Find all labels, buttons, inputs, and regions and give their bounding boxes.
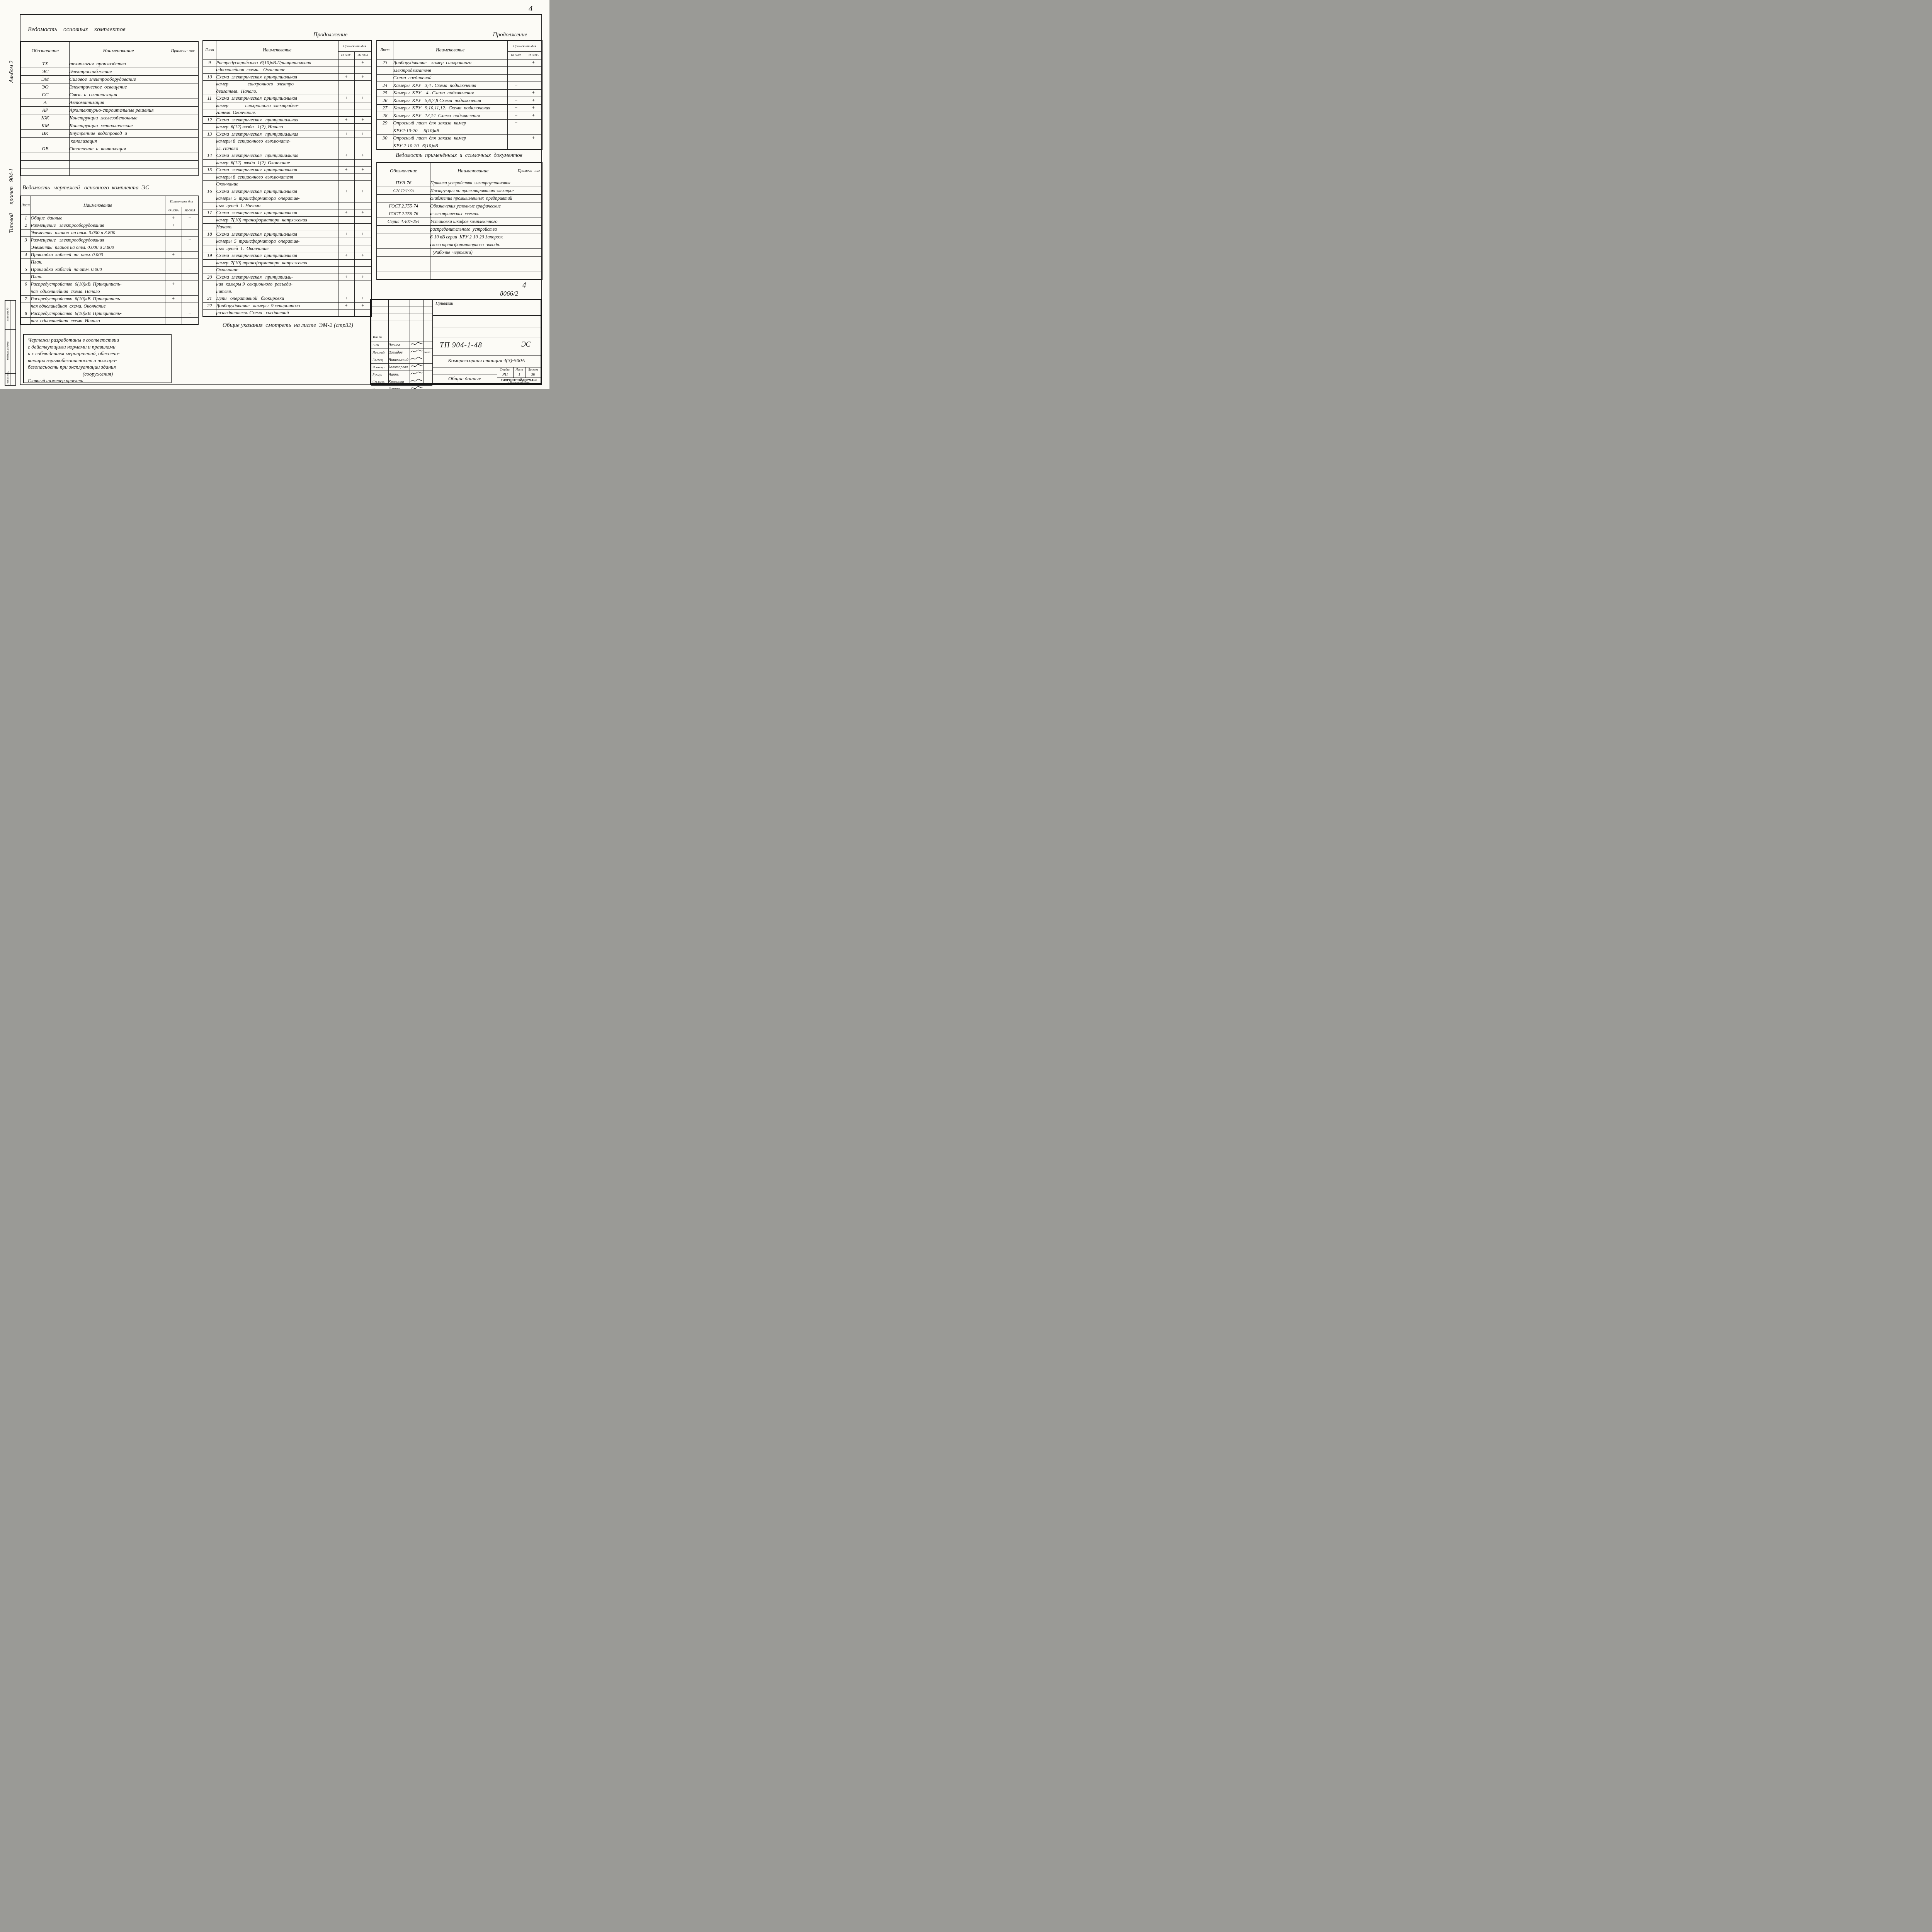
cont1-row: 17 Схема электрическая принципиальная + …	[203, 209, 371, 217]
sheet-number	[203, 66, 216, 74]
doc-note	[516, 210, 542, 218]
doc-name: Инструкция по проектированию электро-	[430, 187, 516, 194]
apply-mark-a: +	[338, 167, 354, 174]
apply-mark-a	[338, 159, 354, 167]
cont1-row: 13 Схема электрическая принципиальная + …	[203, 131, 371, 138]
es-drawings-row: ная однолинейная схема. Начало	[21, 288, 198, 295]
apply-mark-b	[182, 303, 198, 310]
apply-mark-b	[182, 295, 198, 303]
object-name: Компрессорная станция 4(3)-500А	[432, 357, 541, 364]
drawing-name: Схема электрическая принципиальная	[216, 95, 338, 102]
apply-mark-b	[525, 127, 542, 135]
sheet-number	[203, 102, 216, 109]
col-name-header: Наименование	[31, 196, 165, 214]
apply-mark-a	[338, 124, 354, 131]
note-line: и с соблюдением мероприятий, обеспечи-	[28, 350, 168, 357]
doc-note	[516, 218, 542, 225]
apply-mark-a	[338, 245, 354, 252]
apply-mark-b	[354, 124, 371, 131]
apply-mark-b	[354, 109, 371, 117]
es-drawings-row: ная однолинейная схема. Начало	[21, 317, 198, 325]
drawing-name: камер синхронного электродви-	[216, 102, 338, 109]
drawing-name: ных цепей 1. Окончание	[216, 245, 338, 252]
apply-mark-b	[354, 88, 371, 95]
cont1-table: Лист Наименование Применить для 4К-500А …	[202, 40, 372, 317]
ref-docs-row: ГОСТ 2.756-76 в электрических схемах.	[377, 210, 542, 218]
cont2-table: Лист Наименование Применить для 4К-500А …	[376, 40, 543, 150]
col-sheet-header: Лист	[203, 41, 216, 59]
signer-name: Гурина	[388, 387, 410, 389]
doc-name: распределительного устройства	[430, 225, 516, 233]
apply-mark-a: +	[338, 231, 354, 238]
ref-docs-row: снабжения промышленных предприятий	[377, 194, 542, 202]
cont1-row: камер 7(10) трансформатора напряжения	[203, 259, 371, 267]
apply-mark-b	[354, 202, 371, 209]
set-mark	[21, 153, 69, 160]
set-note	[168, 168, 198, 176]
line	[371, 327, 432, 327]
signature-icon	[410, 371, 423, 376]
apply-mark-b: +	[354, 252, 371, 260]
sheet-number	[203, 216, 216, 224]
main-sets-row	[21, 153, 198, 160]
set-name: канализация	[69, 137, 168, 145]
col-name-header: Наименование	[69, 41, 168, 60]
set-name: технология производства	[69, 60, 168, 68]
doc-designation	[377, 225, 430, 233]
sheet-number	[203, 224, 216, 231]
apply-mark-a	[338, 145, 354, 152]
apply-mark-b: +	[182, 310, 198, 317]
sheet-number	[203, 138, 216, 145]
set-name	[69, 153, 168, 160]
doc-designation	[377, 272, 430, 279]
apply-mark-a	[165, 273, 182, 281]
apply-mark-a	[338, 216, 354, 224]
cont1-row: камер 6(12) ввода 1(2), Начало	[203, 124, 371, 131]
note-box: Чертежи разработаны в соответствии с дей…	[23, 334, 172, 383]
main-sets-row: КЖ Конструкции железобетонные	[21, 114, 198, 122]
sheet-number: 29	[377, 119, 393, 127]
apply-mark-b: +	[525, 59, 542, 67]
drawing-name: Камеры КРУ 3,4 . Схема подключения	[393, 82, 507, 90]
line	[371, 306, 432, 306]
ref-docs-row: ГОСТ 2.755-74 Обозначения условные графи…	[377, 202, 542, 210]
drawing-name: Окончание	[216, 181, 338, 188]
apply-mark-b	[354, 195, 371, 202]
sheet-number: 14	[203, 152, 216, 160]
signer-role: Н.контр.	[371, 365, 388, 369]
apply-mark-a	[338, 224, 354, 231]
drawing-name: камер 7(10) трансформатора напряжения	[216, 259, 338, 267]
stage-header: Стадия	[497, 368, 513, 371]
apply-mark-b	[354, 102, 371, 109]
drawing-name: камер 6(12) ввода 1(2), Начало	[216, 124, 338, 131]
sheet-number	[203, 202, 216, 209]
apply-mark-a	[338, 267, 354, 274]
apply-mark-a	[507, 127, 525, 135]
apply-mark-b	[354, 224, 371, 231]
ref-docs-row	[377, 264, 542, 272]
col-apply-header: Применить для	[338, 41, 371, 51]
es-drawings-row: 6 Распредустройство 6(10)кВ. Принципиаль…	[21, 281, 198, 288]
apply-mark-b	[182, 259, 198, 266]
apply-mark-a	[507, 89, 525, 97]
cont2-row: 30 Опросный лист для заказа камер +	[377, 134, 542, 142]
drawing-name: Схема электрическая принципиальная	[216, 73, 338, 81]
col-b-header: 3К-500А	[182, 207, 198, 214]
signer-row: Ст.инж. Кравцова	[371, 378, 432, 385]
sheet-number: 30	[377, 134, 393, 142]
line	[497, 378, 541, 378]
cont1-row: камеры 8 секционного выключателя	[203, 173, 371, 181]
apply-mark-a	[507, 142, 525, 150]
drawing-name: Схема электрическая принципиальная	[216, 131, 338, 138]
cont2-row: Схема соединений	[377, 74, 542, 82]
sheet-number: 1	[21, 214, 31, 222]
cont1-row: Начало.	[203, 224, 371, 231]
set-note	[168, 129, 198, 137]
inv-label: Инв.№	[373, 335, 382, 339]
sheet-number: 12	[203, 116, 216, 124]
doc-designation: ГОСТ 2.756-76	[377, 210, 430, 218]
cont1-row: 9 Распредустройство 6(10)кВ.Принципиальн…	[203, 59, 371, 66]
es-drawings-row: План.	[21, 259, 198, 266]
drawing-name: Схема электрическая принципиальная	[216, 116, 338, 124]
drawing-name: Распредустройство 6(10)кВ. Принципиаль-	[31, 310, 165, 317]
cont1-row: двигателя. Начало.	[203, 88, 371, 95]
sheet-number	[377, 127, 393, 135]
set-mark	[21, 137, 69, 145]
set-mark	[21, 160, 69, 168]
sheet-number: 18	[203, 231, 216, 238]
cont1-row: 12 Схема электрическая принципиальная + …	[203, 116, 371, 124]
sheet-number: 17	[203, 209, 216, 217]
album-label: Альбом 2	[9, 47, 15, 97]
apply-mark-a	[338, 173, 354, 181]
set-mark: ТХ	[21, 60, 69, 68]
cont1-row: ля. Начало	[203, 145, 371, 152]
apply-mark-b: +	[182, 266, 198, 273]
cont2-row: 24 Камеры КРУ 3,4 . Схема подключения +	[377, 82, 542, 90]
doc-designation	[377, 248, 430, 256]
doc-note	[516, 272, 542, 279]
set-mark	[21, 168, 69, 176]
signature-icon	[410, 357, 423, 361]
signer-row: Гл.спец. Нашельский	[371, 356, 432, 363]
apply-mark-b: +	[354, 152, 371, 160]
main-sets-row: канализация	[21, 137, 198, 145]
apply-mark-b: +	[354, 231, 371, 238]
doc-note	[516, 256, 542, 264]
apply-mark-b	[182, 229, 198, 236]
apply-mark-a	[165, 259, 182, 266]
sheet-number: 7	[21, 295, 31, 303]
main-sets-table: Обозначение Наименование Примеча- ние ТХ…	[20, 41, 199, 176]
apply-mark-a: +	[507, 119, 525, 127]
sheet-number	[203, 267, 216, 274]
ref-docs-row: (Рабочие чертежи)	[377, 248, 542, 256]
doc-designation: ПУЭ-76	[377, 179, 430, 187]
signer-row: ГИП Леонов	[371, 342, 432, 349]
signer-name: Леонов	[388, 343, 410, 347]
col-apply-header: Применить для	[165, 196, 198, 207]
apply-mark-a	[338, 202, 354, 209]
col-mark-header: Обозначение	[21, 41, 69, 60]
doc-note	[516, 248, 542, 256]
sheet-number: 5	[21, 266, 31, 273]
drawing-name: План.	[31, 273, 165, 281]
signature	[410, 349, 423, 356]
sheet-number: 9	[203, 59, 216, 66]
main-sets-row: ОВ Отопление и вентиляция	[21, 145, 198, 153]
es-drawings-title: Ведомость чертежей основного комплекта Э…	[22, 185, 149, 191]
apply-mark-b	[354, 159, 371, 167]
drawing-name: ля. Начало	[216, 145, 338, 152]
drawing-name: Элементы планов на отм. 0.000 и 3.800	[31, 244, 165, 251]
apply-mark-a	[338, 195, 354, 202]
apply-mark-a: +	[338, 274, 354, 281]
doc-mark: ЭС	[521, 340, 531, 349]
drawing-name: Схема соединений	[393, 74, 507, 82]
doc-name	[430, 272, 516, 279]
drawing-name: нителя.	[216, 288, 338, 295]
set-note	[168, 153, 198, 160]
cont1-row: Окончание	[203, 181, 371, 188]
apply-mark-a: +	[338, 209, 354, 217]
org-city: г. Ростов-на-Дону	[497, 381, 541, 384]
drawing-name: Схема электрическая принципиальная	[216, 167, 338, 174]
apply-mark-a	[338, 59, 354, 66]
sheet-number: 24	[377, 82, 393, 90]
sheet-number	[203, 288, 216, 295]
doc-note	[516, 187, 542, 194]
signature	[410, 371, 423, 378]
cont1-row: нителя.	[203, 288, 371, 295]
set-note	[168, 114, 198, 122]
drawing-name: План.	[31, 259, 165, 266]
apply-mark-a: +	[507, 112, 525, 120]
set-name	[69, 168, 168, 176]
set-mark: КМ	[21, 122, 69, 129]
drawing-name: камеры 8 секционного выключате-	[216, 138, 338, 145]
doc-designation: ГОСТ 2.755-74	[377, 202, 430, 210]
signer-row: Рук.гр. Чапны	[371, 371, 432, 378]
set-mark: ЭО	[21, 83, 69, 91]
set-note	[168, 137, 198, 145]
set-note	[168, 75, 198, 83]
cont1-row: 16 Схема электрическая принципиальная + …	[203, 188, 371, 195]
apply-mark-b: +	[354, 188, 371, 195]
cont1-row: 11 Схема электрическая принципиальная + …	[203, 95, 371, 102]
sheet-number: 16	[203, 188, 216, 195]
main-sets-row: ВК Внутренние водопровод и	[21, 129, 198, 137]
line	[432, 355, 541, 356]
col-a-header: 4К-500А	[338, 51, 354, 59]
apply-mark-a	[165, 229, 182, 236]
col-b-header: 3К-500А	[525, 51, 542, 59]
ref-docs-row: Серия 4.407-254 Установка шкафов комплек…	[377, 218, 542, 225]
col-a-header: 4К-500А	[507, 51, 525, 59]
es-drawings-row: 2 Размещение электрооборудования +	[21, 222, 198, 229]
es-drawings-row: Элементы планов на отм. 0.000 и 3.800	[21, 229, 198, 236]
apply-mark-b	[525, 82, 542, 90]
chief-engineer-line: Главный инженер проекта	[28, 378, 168, 384]
project-label: Типовой проект 904-1	[9, 128, 15, 274]
sheets-value: 30	[526, 372, 541, 377]
drawing-sheet: Альбом 2 Типовой проект 904-1 Взам.инв.№…	[0, 0, 549, 389]
cont1-row: камеры 5 трансформатора оператив-	[203, 195, 371, 202]
apply-mark-b: +	[354, 209, 371, 217]
set-name: Силовое электрооборудование	[69, 75, 168, 83]
apply-mark-a	[338, 310, 354, 317]
main-sets-row	[21, 160, 198, 168]
cont2-row: КРУ2-10-20 6(10)кВ	[377, 127, 542, 135]
cont2-row: КРУ 2-10-20 6(10)кВ	[377, 142, 542, 150]
drawing-name: Опросный лист для заказа камер	[393, 119, 507, 127]
set-name: Электрическое освещение	[69, 83, 168, 91]
doc-designation	[377, 264, 430, 272]
ref-docs-row	[377, 256, 542, 264]
apply-mark-b	[525, 142, 542, 150]
sheet-number: 11	[203, 95, 216, 102]
sheet-number: 6	[21, 281, 31, 288]
drawing-name: Камеры КРУ 9,10,11,12. Схема подключения	[393, 104, 507, 112]
main-sets-title: Ведомость основных комплектов	[28, 26, 126, 33]
es-drawings-row: ная однолинейная схема. Окончание	[21, 303, 198, 310]
sheet-value: 1	[513, 372, 526, 377]
apply-mark-b	[354, 259, 371, 267]
signature	[410, 378, 423, 385]
apply-mark-a	[165, 317, 182, 325]
apply-mark-b	[354, 66, 371, 74]
es-drawings-row: План.	[21, 273, 198, 281]
cont1-row: камер синхронного электро-	[203, 81, 371, 88]
apply-mark-b	[354, 81, 371, 88]
sheet-number	[377, 142, 393, 150]
ref-docs-row: ПУЭ-76 Правила устройства электроустанов…	[377, 179, 542, 187]
cont1-row: ных цепей 1. Окончание	[203, 245, 371, 252]
apply-mark-a: +	[338, 73, 354, 81]
doc-designation	[377, 256, 430, 264]
set-name: Отопление и вентиляция	[69, 145, 168, 153]
apply-mark-a	[507, 67, 525, 75]
margin-field-podpis: Подпись и дата	[6, 332, 9, 370]
sheet-number: 22	[203, 302, 216, 310]
doc-note	[516, 194, 542, 202]
binding-label: Привязан	[435, 301, 453, 306]
set-note	[168, 60, 198, 68]
drawing-name: Прокладка кабелей на отм. 0.000	[31, 266, 165, 273]
margin-field-inv: Инв.№ подл.	[7, 367, 9, 389]
apply-mark-b	[354, 288, 371, 295]
line	[5, 329, 15, 330]
drawing-name: Дооборудование камер синхронного	[393, 59, 507, 67]
doc-note	[516, 179, 542, 187]
apply-mark-a	[338, 138, 354, 145]
cont1-row: 18 Схема электрическая принципиальная + …	[203, 231, 371, 238]
signature	[410, 342, 423, 349]
signer-name: Нашельский	[388, 358, 410, 362]
cont1-row: камеры 8 секционного выключате-	[203, 138, 371, 145]
doc-name: снабжения промышленных предприятий	[430, 194, 516, 202]
drawing-name: Схема электрическая принципиаль-	[216, 274, 338, 281]
drawing-name: ная однолинейная схема. Начало	[31, 317, 165, 325]
set-name: Конструкции металлические	[69, 122, 168, 129]
drawing-name: Размещение электрооборудования	[31, 222, 165, 229]
sheet-number	[203, 245, 216, 252]
es-drawings-table: Лист Наименование Применить для 4К-500А …	[20, 196, 199, 325]
doc-note	[516, 264, 542, 272]
sheet-number: 25	[377, 89, 393, 97]
apply-mark-b: +	[354, 274, 371, 281]
sheet-number: 15	[203, 167, 216, 174]
margin-stamp-fields: Взам.инв.№ Подпись и дата Инв.№ подл.	[5, 300, 16, 386]
apply-mark-a	[338, 88, 354, 95]
apply-mark-b	[354, 145, 371, 152]
apply-mark-a	[507, 134, 525, 142]
doc-designation	[377, 241, 430, 248]
signer-role: Нач.отд.	[371, 350, 388, 354]
apply-mark-a	[338, 109, 354, 117]
col-note-header: Примеча- ние	[168, 41, 198, 60]
sheet-number: 4	[21, 251, 31, 259]
note-line: безопасность при эксплуатации здания	[28, 364, 168, 371]
cont2-row: 29 Опросный лист для заказа камер +	[377, 119, 542, 127]
cont1-row: камер 6(12) ввода 1(2). Окончание	[203, 159, 371, 167]
line	[497, 372, 541, 372]
col-name-header: Наименование	[430, 163, 516, 179]
es-drawings-row: 7 Распредустройство 6(10)кВ. Принципиаль…	[21, 295, 198, 303]
drawing-name: гателя. Окончание.	[216, 109, 338, 117]
es-drawings-row: 8 Распредустройство 6(10)кВ. Принципиаль…	[21, 310, 198, 317]
drawing-name: разъединителя. Схема соединений	[216, 310, 338, 317]
drawing-name: Камеры КРУ 5,6,7,8 Схема подключения	[393, 97, 507, 105]
archive-number: 8066/2	[500, 290, 518, 298]
line	[371, 313, 432, 313]
signer-name: Давыдов	[388, 350, 410, 355]
sheet-number	[21, 317, 31, 325]
cont2-row: 26 Камеры КРУ 5,6,7,8 Схема подключения …	[377, 97, 542, 105]
set-name: Связь и сигнализация	[69, 91, 168, 99]
drawing-name: КРУ 2-10-20 6(10)кВ	[393, 142, 507, 150]
drawing-name: ная однолинейная схема. Начало	[31, 288, 165, 295]
drawing-name: Схема электрическая принципиальная	[216, 152, 338, 160]
drawing-name: Окончание	[216, 267, 338, 274]
col-apply-header: Применить для	[507, 41, 542, 51]
apply-mark-a	[165, 303, 182, 310]
sheet-number	[203, 173, 216, 181]
cont2-row: электродвигателя	[377, 67, 542, 75]
apply-mark-a	[165, 266, 182, 273]
es-drawings-row: 5 Прокладка кабелей на отм. 0.000 +	[21, 266, 198, 273]
apply-mark-a: +	[165, 222, 182, 229]
drawing-name: камер синхронного электро-	[216, 81, 338, 88]
apply-mark-b	[354, 310, 371, 317]
apply-mark-b	[182, 222, 198, 229]
cont2-row: 25 Камеры КРУ 4 . Схема подключения +	[377, 89, 542, 97]
apply-mark-a	[165, 236, 182, 244]
apply-mark-b	[525, 119, 542, 127]
apply-mark-b: +	[182, 236, 198, 244]
sheet-number	[203, 238, 216, 245]
set-note	[168, 68, 198, 75]
doc-note	[516, 202, 542, 210]
line	[10, 301, 10, 385]
note-line: (сооружения)	[28, 371, 168, 378]
ref-docs-row: 6-10 кВ серии КРУ 2-10-20 Запорож-	[377, 233, 542, 241]
sheet-number: 10	[203, 73, 216, 81]
